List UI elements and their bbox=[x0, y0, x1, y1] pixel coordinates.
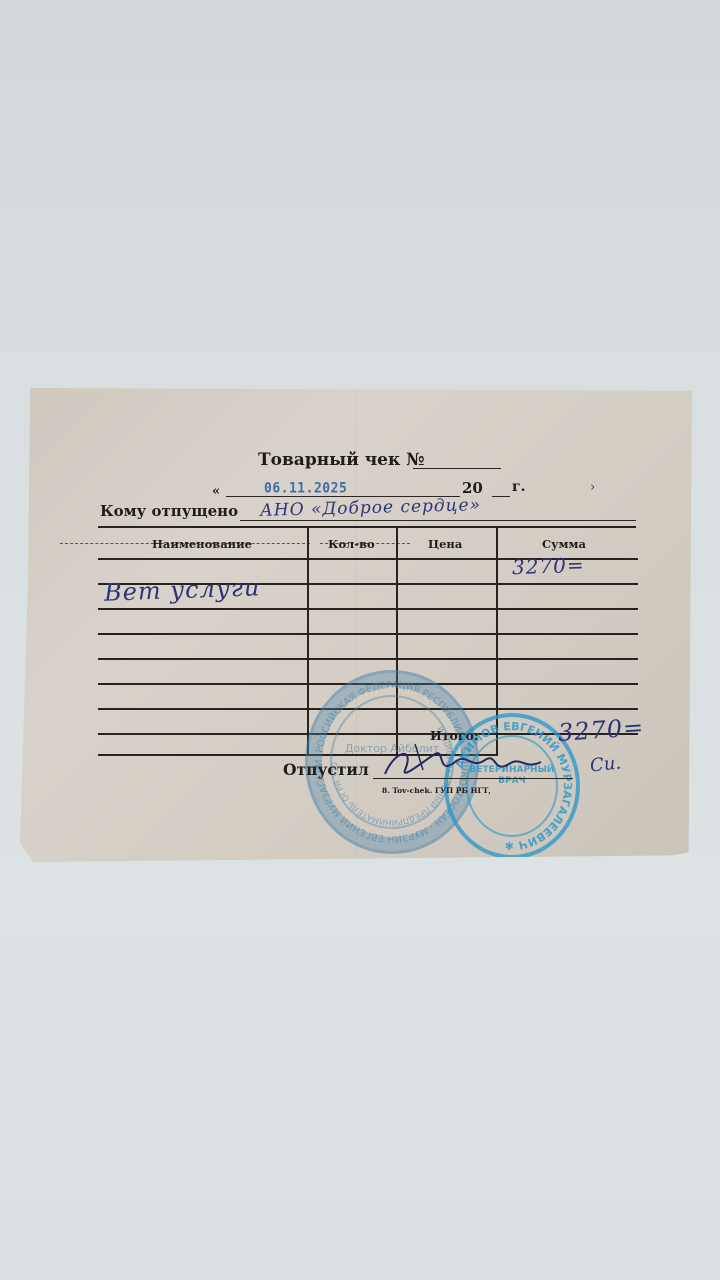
signature-initials: Си. bbox=[589, 752, 622, 776]
recipient-line bbox=[240, 520, 636, 521]
receipt-paper: Товарный чек № « 06.11.2025 20 г. › Кому… bbox=[20, 388, 692, 862]
table-row-line bbox=[98, 608, 638, 610]
table-row-item-name: Вет услуги bbox=[104, 573, 261, 606]
table-row-line bbox=[98, 658, 638, 660]
table-top-border bbox=[98, 526, 636, 528]
signature-scribble bbox=[375, 740, 555, 784]
table-row-item-sum: 3270= bbox=[512, 553, 585, 580]
total-value: 3270= bbox=[557, 713, 645, 747]
date-quote-close: › bbox=[590, 480, 595, 495]
column-header-sum: Сумма bbox=[542, 537, 586, 551]
column-header-quantity: Кол-во bbox=[328, 537, 375, 551]
receipt-number-line bbox=[413, 468, 501, 469]
recipient-label: Кому отпущено bbox=[100, 502, 238, 520]
year-line bbox=[492, 496, 510, 497]
table-row-line bbox=[98, 633, 638, 635]
date-stamp: 06.11.2025 bbox=[264, 480, 347, 497]
form-footer: 8. Tov-chek. ГУП РБ НГТ, bbox=[382, 786, 491, 795]
recipient-value: АНО «Доброе сердце» bbox=[260, 495, 481, 521]
year-suffix: г. bbox=[512, 479, 525, 495]
column-header-name: Наименование bbox=[152, 537, 252, 551]
released-by-label: Отпустил bbox=[283, 760, 369, 779]
date-quote-open: « bbox=[212, 484, 220, 499]
column-header-price: Цена bbox=[428, 537, 462, 551]
receipt-title: Товарный чек № bbox=[258, 450, 425, 470]
